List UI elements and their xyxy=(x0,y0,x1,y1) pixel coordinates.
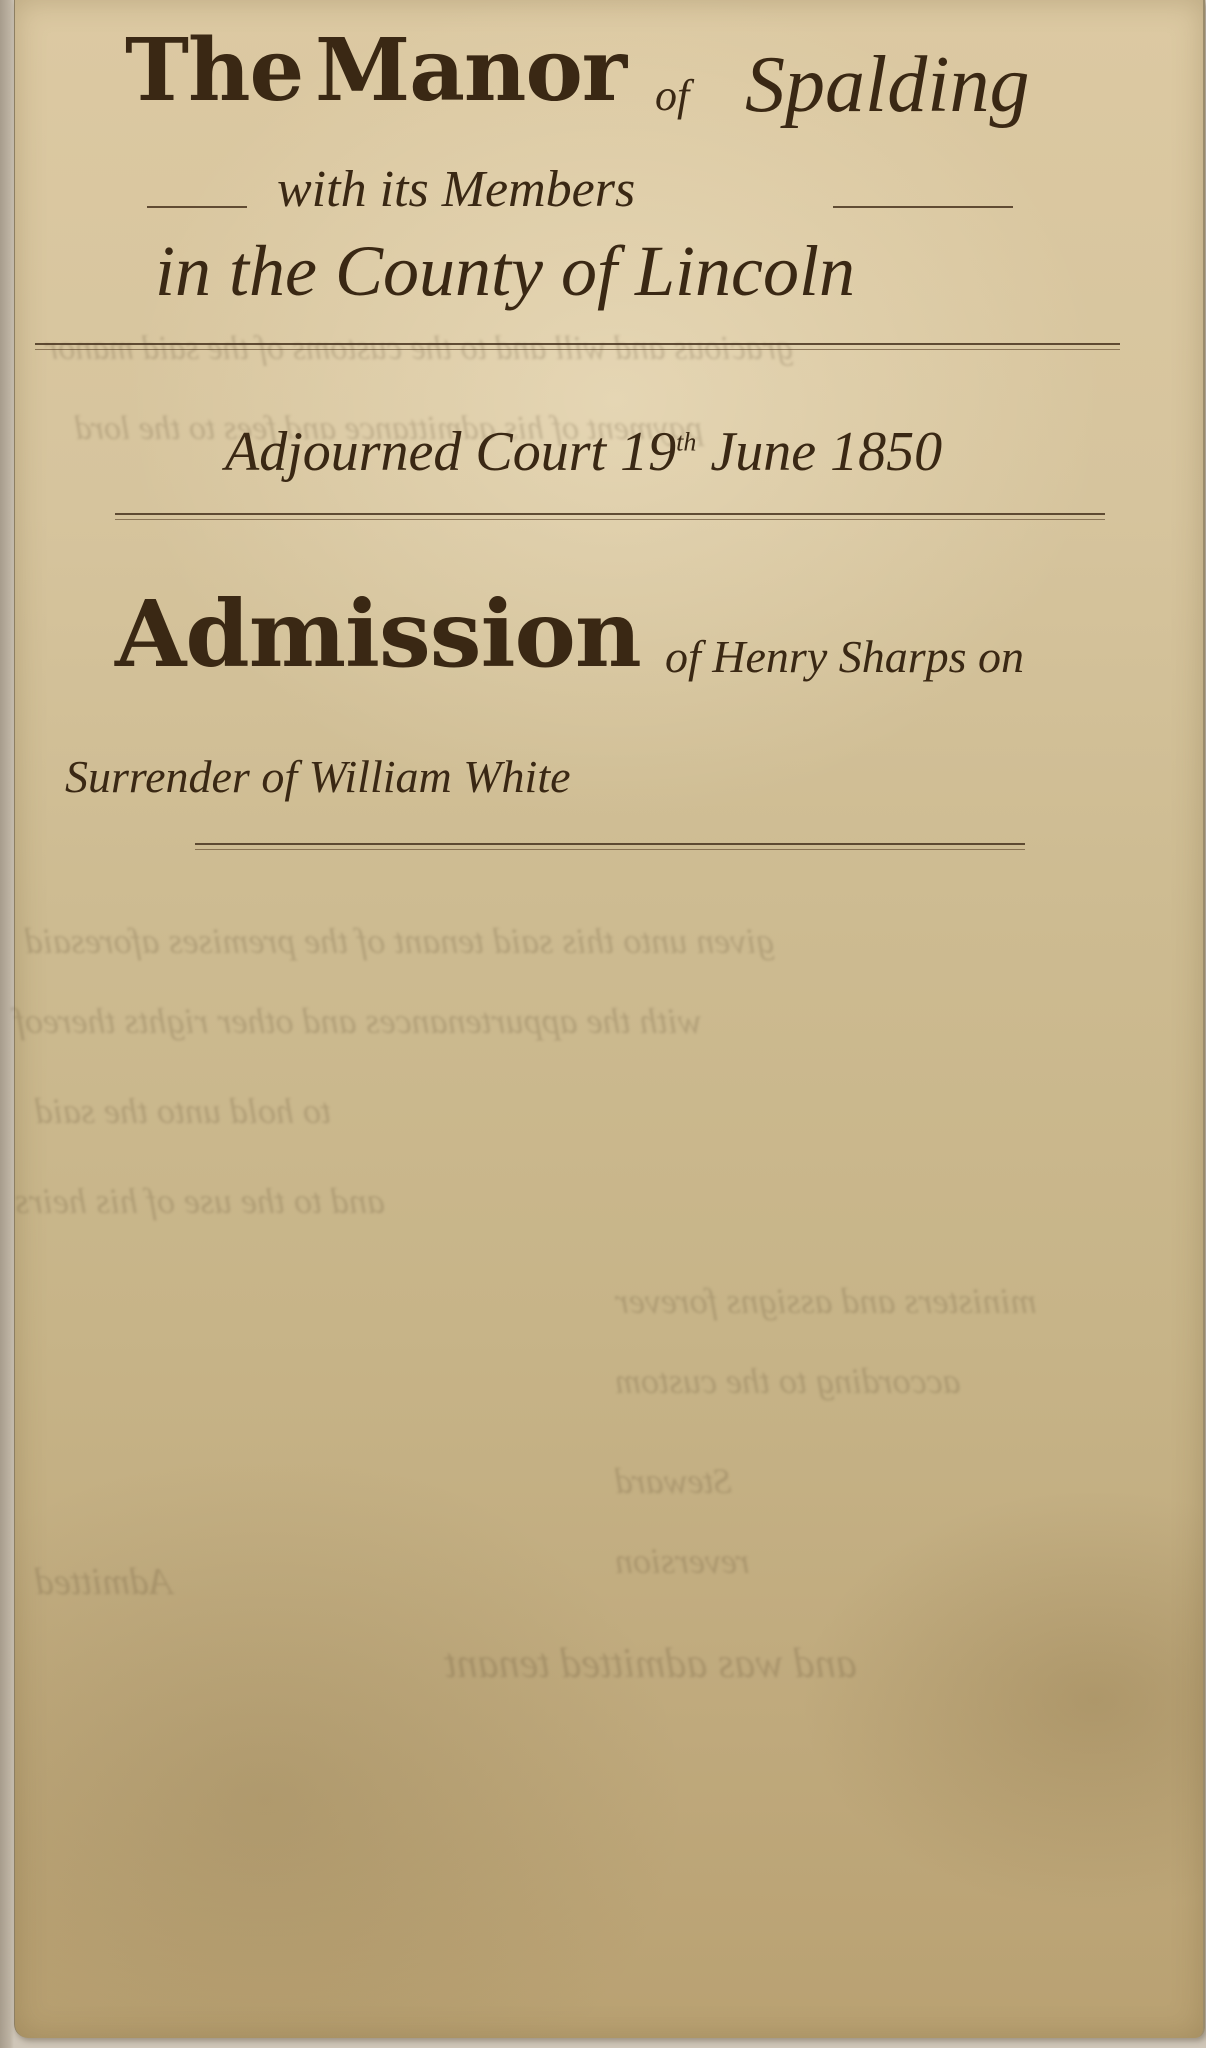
bleed-through-text: according to the custom xyxy=(615,1360,961,1402)
heading-with-its-members: with its Members xyxy=(277,160,635,219)
bleed-through-text: reversion xyxy=(615,1540,750,1582)
title-admission: Admission xyxy=(115,580,641,688)
court-label: Adjourned Court xyxy=(225,421,606,483)
title-henry-sharps: of Henry Sharps on xyxy=(665,630,1024,683)
heading-the: The xyxy=(125,20,303,121)
court-line: Adjourned Court 19th June 1850 xyxy=(225,420,942,484)
court-day: 19 xyxy=(620,421,676,483)
divider-rule xyxy=(115,513,1105,515)
court-year: 1850 xyxy=(830,421,942,483)
bleed-through-text: ministers and assigns forever xyxy=(615,1280,1037,1322)
manuscript-sheet: gracious and will and to the customs of … xyxy=(14,0,1205,2038)
bleed-through-text: and was admitted tenant xyxy=(445,1640,857,1688)
bleed-through-text: Steward xyxy=(615,1460,732,1502)
heading-dash-left xyxy=(147,206,247,208)
bleed-through-text: and to the use of his heirs xyxy=(15,1180,385,1222)
court-day-suffix: th xyxy=(676,427,696,456)
divider-rule xyxy=(195,843,1025,845)
bleed-through-text: to hold unto the said xyxy=(35,1090,331,1132)
heading-manor: Manor xyxy=(315,20,626,121)
heading-spalding: Spalding xyxy=(745,40,1029,131)
bleed-through-text: with the appurtenances and other rights … xyxy=(15,1000,702,1042)
bleed-through-text: given unto this said tenant of the premi… xyxy=(25,920,774,962)
title-surrender-line: Surrender of William White xyxy=(65,750,571,803)
bleed-through-text: Admitted xyxy=(35,1560,172,1604)
divider-rule xyxy=(35,343,1120,345)
court-month: June xyxy=(710,421,816,483)
heading-dash-right xyxy=(833,206,1013,208)
heading-of: of xyxy=(655,70,689,121)
heading-county: in the County of Lincoln xyxy=(155,230,855,313)
